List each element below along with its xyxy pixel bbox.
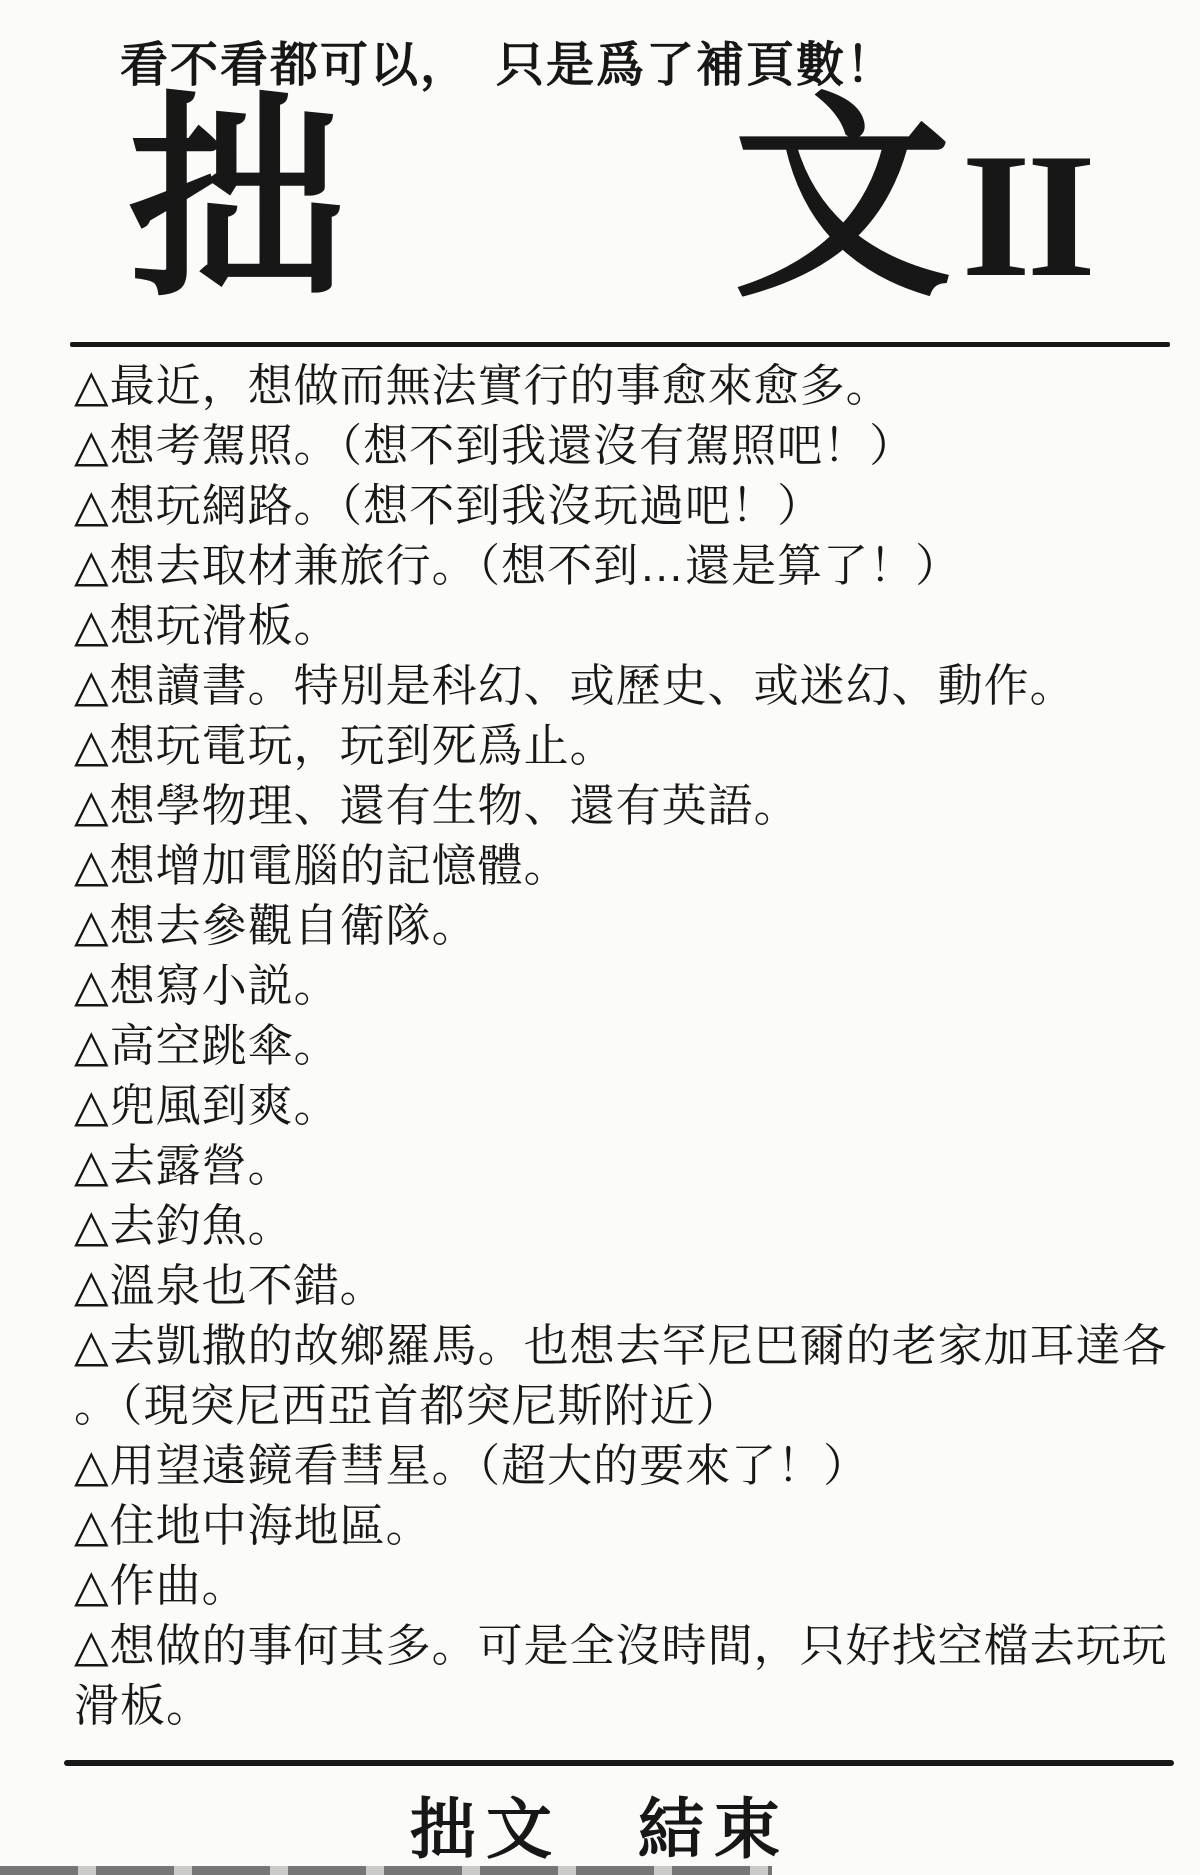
title-right-group: 文 II: [733, 92, 1092, 324]
list-item: △去露營。: [74, 1136, 1184, 1196]
divider-top: [70, 342, 1170, 347]
next-page-edge: [0, 1866, 772, 1875]
list-item: △想玩滑板。: [74, 596, 1184, 656]
list-item: △作曲。: [74, 1556, 1184, 1616]
list-item: △想去取材兼旅行。（想不到…還是算了！）: [74, 536, 1184, 596]
title-char-left: 拙: [128, 92, 346, 310]
list-item: △住地中海地區。: [74, 1496, 1184, 1556]
list-item: △用望遠鏡看彗星。（超大的要來了！）: [74, 1436, 1184, 1496]
list-item: △想讀書。特別是科幻、或歷史、或迷幻、動作。: [74, 656, 1184, 716]
list-item: △最近，想做而無法實行的事愈來愈多。: [74, 356, 1184, 416]
list-item: 。（現突尼西亞首都突尼斯附近）: [74, 1376, 1184, 1436]
footer-title: 拙文 結束: [0, 1776, 1200, 1871]
divider-bottom: [64, 1760, 1174, 1766]
list-item: △去釣魚。: [74, 1196, 1184, 1256]
list-item: △想學物理、還有生物、還有英語。: [74, 776, 1184, 836]
wish-list: △最近，想做而無法實行的事愈來愈多。△想考駕照。（想不到我還沒有駕照吧！）△想玩…: [74, 356, 1184, 1736]
list-item: △想考駕照。（想不到我還沒有駕照吧！）: [74, 416, 1184, 476]
list-item: △想做的事何其多。可是全沒時間，只好找空檔去玩玩: [74, 1616, 1184, 1676]
list-item: △高空跳傘。: [74, 1016, 1184, 1076]
title-char-right: 文: [733, 92, 951, 310]
list-item: △去凱撒的故鄉羅馬。也想去罕尼巴爾的老家加耳達各: [74, 1316, 1184, 1376]
list-item: △想玩電玩，玩到死爲止。: [74, 716, 1184, 776]
title-numeral: II: [961, 106, 1092, 324]
list-item: △想去參觀自衛隊。: [74, 896, 1184, 956]
page-title: 拙 文 II: [128, 92, 1092, 312]
list-item: △想寫小説。: [74, 956, 1184, 1016]
list-item: △想玩網路。（想不到我沒玩過吧！）: [74, 476, 1184, 536]
list-item: △想增加電腦的記憶體。: [74, 836, 1184, 896]
list-item: △溫泉也不錯。: [74, 1256, 1184, 1316]
manga-essay-page: 看不看都可以， 只是爲了補頁數！ 拙 文 II △最近，想做而無法實行的事愈來愈…: [0, 0, 1200, 1875]
list-item: 滑板。: [74, 1676, 1184, 1736]
list-item: △兜風到爽。: [74, 1076, 1184, 1136]
